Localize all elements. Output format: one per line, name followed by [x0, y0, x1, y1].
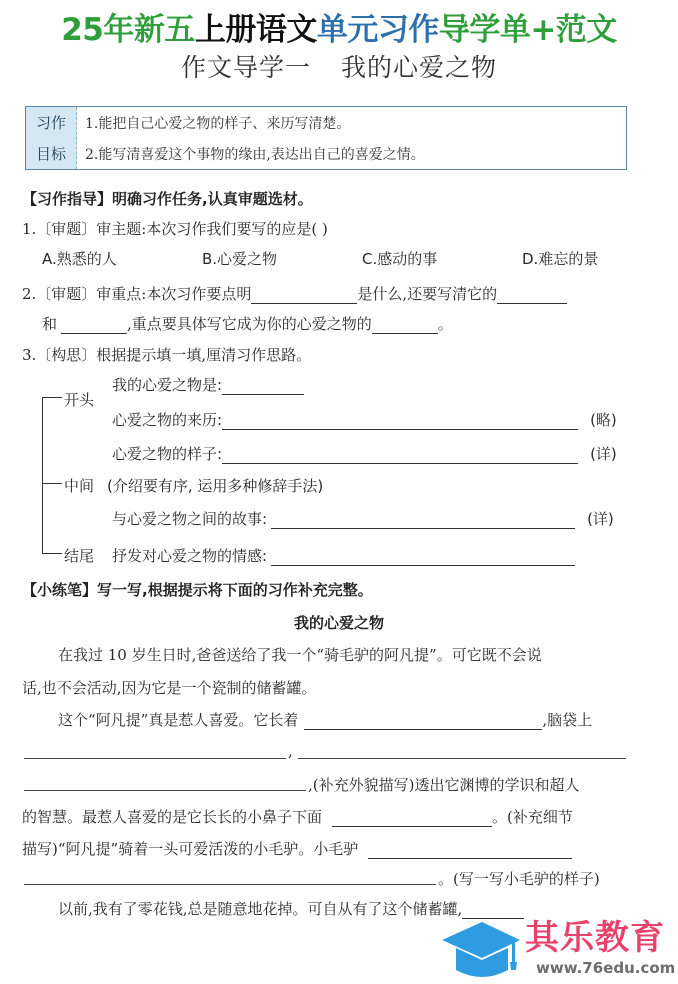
essay-p2-text-e: 描写)“阿凡提”骑着一头可爱活泼的小毛驴。小毛驴 [22, 840, 358, 858]
essay-blank-4[interactable] [24, 790, 306, 791]
essay-comma: , [288, 742, 293, 760]
q2-line2: 和,重点要具体写它成为你的心爱之物的。 [42, 313, 453, 334]
row-feeling-label: 抒发对心爱之物的情感: [112, 547, 267, 565]
essay-p2-text-d: 。(补充细节 [492, 808, 573, 826]
q2-blank-1[interactable] [251, 287, 357, 304]
goals-label: 习作 目标 [26, 107, 77, 169]
row-item: 我的心爱之物是: [112, 374, 304, 395]
row-look: 心爱之物的样子:(详) [112, 443, 617, 464]
q2-blank-2[interactable] [497, 287, 567, 304]
row-story-note: (详) [587, 510, 614, 528]
goals-box: 习作 目标 1.能把自己心爱之物的样子、来历写清楚。 2.能写清喜爱这个事物的缘… [25, 106, 627, 170]
branch-ending-label: 结尾 [64, 545, 94, 566]
essay-p2-line1: 这个“阿凡提”真是惹人喜爱。它长着,脑袋上 [58, 709, 592, 730]
essay-blank-6[interactable] [368, 842, 572, 859]
essay-blank-2[interactable] [24, 758, 286, 759]
essay-blank-7[interactable] [24, 884, 436, 885]
q2-text-a: 2.〔审题〕审重点:本次习作要点明 [22, 285, 251, 303]
essay-p3-line1: 以前,我有了零花钱,总是随意地花掉。可自从有了这个储蓄罐, [58, 898, 524, 919]
row-story: 与心爱之物之间的故事:(详) [112, 508, 614, 529]
essay-blank-5[interactable] [332, 810, 492, 827]
q2-blank-4[interactable] [372, 317, 438, 334]
banner-title: 25年新五上册语文单元习作导学单+范文 [0, 10, 678, 50]
q1-option-a[interactable]: A.熟悉的人 [42, 248, 117, 269]
essay-p1-line2: 话,也不会活动,因为它是一个瓷制的储蓄罐。 [22, 677, 317, 698]
goal-item: 1.能把自己心爱之物的样子、来历写清楚。 [85, 113, 626, 133]
essay-p2-text-a: 这个“阿凡提”真是惹人喜爱。它长着 [58, 711, 298, 729]
essay-p3-text: 以前,我有了零花钱,总是随意地花掉。可自从有了这个储蓄罐, [58, 900, 462, 918]
row-feeling-blank[interactable] [271, 549, 575, 566]
essay-p2-line5: 描写)“阿凡提”骑着一头可爱活泼的小毛驴。小毛驴 [22, 838, 572, 859]
q2-text-c: 和 [42, 315, 57, 333]
essay-p2-text-b: ,脑袋上 [542, 711, 592, 729]
essay-p2-line6: 。(写一写小毛驴的样子) [438, 868, 600, 889]
graduation-cap-icon [438, 918, 522, 984]
row-story-label: 与心爱之物之间的故事: [112, 510, 267, 528]
row-story-blank[interactable] [271, 512, 575, 529]
goals-list: 1.能把自己心爱之物的样子、来历写清楚。 2.能写清喜爱这个事物的缘由,表达出自… [77, 107, 626, 169]
goals-label-line2: 目标 [36, 143, 66, 164]
lesson-label: 作文导学一 [181, 53, 311, 82]
guide-heading: 【习作指导】明确习作任务,认真审题选材。 [22, 188, 313, 209]
q2-text-b: 是什么,还要写清它的 [357, 285, 497, 303]
banner-part-2: 上册语文 [195, 12, 317, 48]
row-look-label: 心爱之物的样子: [112, 445, 222, 463]
row-origin-note: (略) [590, 411, 617, 429]
middle-hint: (介绍要有序, 运用多种修辞手法) [107, 475, 323, 496]
tree-branch-ending [42, 553, 62, 554]
tree-branch-middle [42, 483, 62, 484]
q3-stem: 3.〔构思〕根据提示填一填,厘清习作思路。 [22, 344, 311, 365]
q2-text-e: 。 [438, 315, 453, 333]
row-look-note: (详) [590, 445, 617, 463]
q2-blank-3[interactable] [61, 317, 127, 334]
row-item-blank[interactable] [222, 378, 304, 395]
q2-text-d: ,重点要具体写它成为你的心爱之物的 [127, 315, 372, 333]
q1-stem: 1.〔审题〕审主题:本次习作我们要写的应是( ) [22, 218, 328, 239]
essay-p2-text-c: 的智慧。最惹人喜爱的是它长长的小鼻子下面 [22, 808, 322, 826]
essay-p2-line4: 的智慧。最惹人喜爱的是它长长的小鼻子下面。(补充细节 [22, 806, 573, 827]
q1-option-d[interactable]: D.难忘的景 [522, 248, 598, 269]
essay-title: 我的心爱之物 [0, 612, 678, 633]
essay-p1-line1: 在我过 10 岁生日时,爸爸送给了我一个“骑毛驴的阿凡提”。可它既不会说 [58, 644, 542, 665]
page-title: 作文导学一我的心爱之物 [0, 52, 678, 84]
brand-url: www.76edu.com [536, 958, 675, 978]
row-look-blank[interactable] [222, 447, 578, 464]
row-origin: 心爱之物的来历:(略) [112, 409, 617, 430]
banner-part-4: 导学单+范文 [439, 12, 617, 48]
tree-branch-opening [42, 397, 62, 398]
essay-blank-1[interactable] [304, 713, 542, 730]
goals-label-line1: 习作 [36, 112, 66, 133]
essay-blank-3[interactable] [298, 758, 626, 759]
tree-trunk-line [42, 397, 43, 553]
banner-part-1: 25年新五 [61, 12, 195, 48]
branch-middle-label: 中间 [64, 475, 94, 496]
topic-label: 我的心爱之物 [341, 53, 497, 82]
row-origin-blank[interactable] [222, 413, 578, 430]
q1-option-b[interactable]: B.心爱之物 [202, 248, 277, 269]
row-feeling: 抒发对心爱之物的情感: [112, 545, 575, 566]
row-item-label: 我的心爱之物是: [112, 376, 222, 394]
q2-line1: 2.〔审题〕审重点:本次习作要点明是什么,还要写清它的 [22, 283, 567, 304]
banner-part-3: 单元习作 [317, 12, 439, 48]
practice-heading: 【小练笔】写一写,根据提示将下面的习作补充完整。 [22, 579, 373, 600]
q1-option-c[interactable]: C.感动的事 [362, 248, 437, 269]
goal-item: 2.能写清喜爱这个事物的缘由,表达出自己的喜爱之情。 [85, 144, 626, 164]
row-origin-label: 心爱之物的来历: [112, 411, 222, 429]
brand-name: 其乐教育 [525, 918, 665, 958]
essay-blank-8[interactable] [462, 902, 524, 919]
branch-opening-label: 开头 [64, 389, 94, 410]
essay-p2-line3: ,(补充外貌描写)透出它渊博的学识和超人 [308, 774, 579, 795]
